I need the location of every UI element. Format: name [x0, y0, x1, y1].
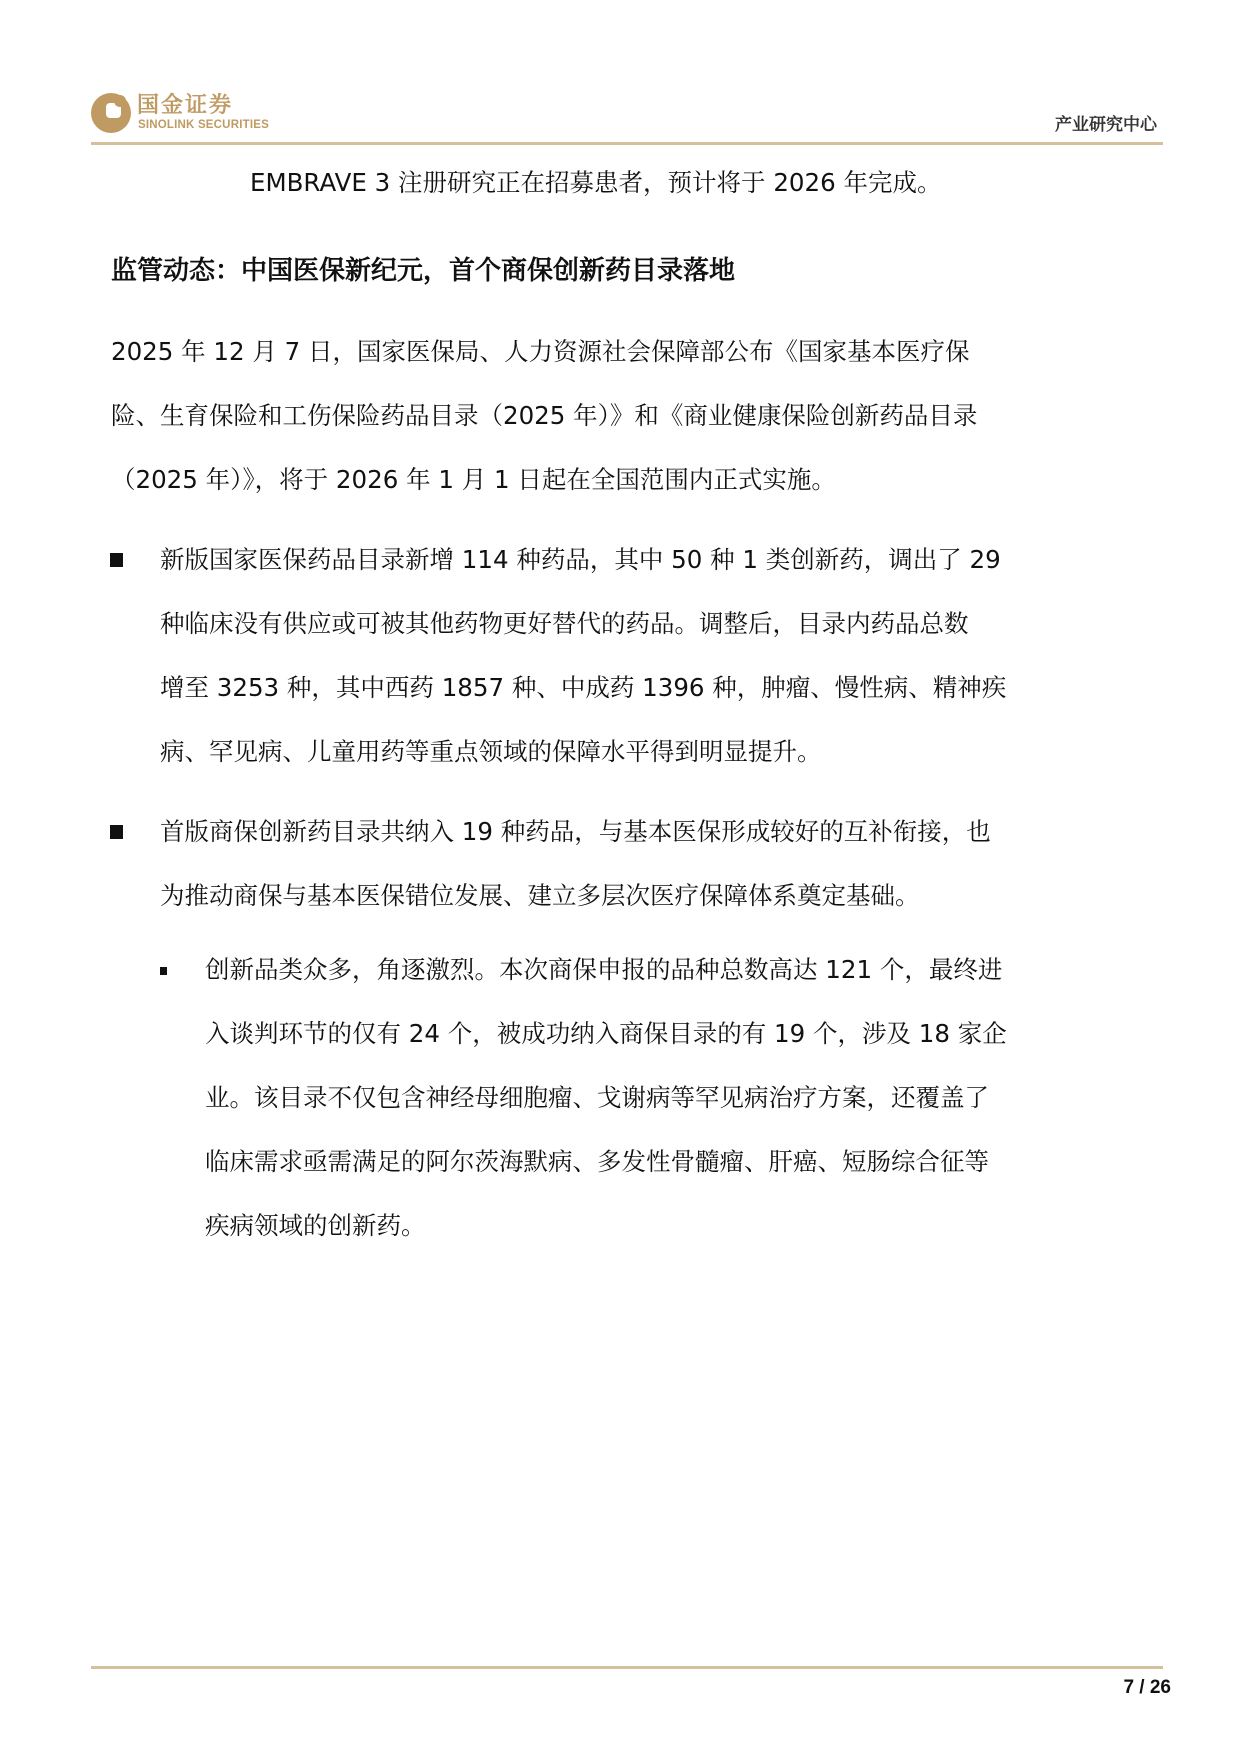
bullet-line: 增至 3253 种，其中西药 1857 种、中成药 1396 种，肿瘤、慢性病、… [160, 668, 1006, 732]
department-label: 产业研究中心 [1055, 114, 1157, 136]
paragraph-line: 2025 年 12 月 7 日，国家医保局、人力资源社会保障部公布《国家基本医疗… [111, 332, 1131, 396]
page-number: 7 / 26 [1123, 1675, 1171, 1701]
section-title: 监管动态：中国医保新纪元，首个商保创新药目录落地 [111, 254, 735, 288]
bullet-line: 为推动商保与基本医保错位发展、建立多层次医疗保障体系奠定基础。 [160, 876, 991, 940]
footer-divider [91, 1666, 1163, 1669]
company-name-cn: 国金证券 [137, 93, 233, 119]
intro-paragraph: 2025 年 12 月 7 日，国家医保局、人力资源社会保障部公布《国家基本医疗… [111, 332, 1131, 524]
sub-bullet-text: 创新品类众多，角逐激烈。本次商保申报的品种总数高达 121 个，最终进 入谈判环… [205, 950, 1007, 1270]
paragraph-line: （2025 年）》，将于 2026 年 1 月 1 日起在全国范围内正式实施。 [111, 460, 1131, 524]
header-divider [91, 142, 1163, 145]
company-name-en: SINOLINK SECURITIES [138, 119, 269, 131]
sub-bullet-line: 临床需求亟需满足的阿尔茨海默病、多发性骨髓瘤、肝癌、短肠综合征等 [205, 1142, 1007, 1206]
sub-bullet-line: 创新品类众多，角逐激烈。本次商保申报的品种总数高达 121 个，最终进 [205, 950, 1007, 1014]
bullet-text: 新版国家医保药品目录新增 114 种药品，其中 50 种 1 类创新药，调出了 … [160, 540, 1006, 796]
sub-bullet-line: 入谈判环节的仅有 24 个，被成功纳入商保目录的有 19 个，涉及 18 家企 [205, 1014, 1007, 1078]
bullet-line: 病、罕见病、儿童用药等重点领域的保障水平得到明显提升。 [160, 732, 1006, 796]
bullet-text: 首版商保创新药目录共纳入 19 种药品，与基本医保形成较好的互补衔接，也 为推动… [160, 812, 991, 940]
sinolink-logo-icon [90, 92, 132, 134]
square-bullet-icon [110, 825, 123, 839]
lead-line: EMBRAVE 3 注册研究正在招募患者，预计将于 2026 年完成。 [250, 167, 941, 199]
bullet-line: 种临床没有供应或可被其他药物更好替代的药品。调整后，目录内药品总数 [160, 604, 1006, 668]
small-square-bullet-icon [160, 967, 167, 975]
sub-bullet-line: 疾病领域的创新药。 [205, 1206, 1007, 1270]
bullet-line: 首版商保创新药目录共纳入 19 种药品，与基本医保形成较好的互补衔接，也 [160, 812, 991, 876]
bullet-line: 新版国家医保药品目录新增 114 种药品，其中 50 种 1 类创新药，调出了 … [160, 540, 1006, 604]
square-bullet-icon [110, 553, 123, 567]
sub-bullet-line: 业。该目录不仅包含神经母细胞瘤、戈谢病等罕见病治疗方案，还覆盖了 [205, 1078, 1007, 1142]
paragraph-line: 险、生育保险和工伤保险药品目录（2025 年）》和《商业健康保险创新药品目录 [111, 396, 1131, 460]
